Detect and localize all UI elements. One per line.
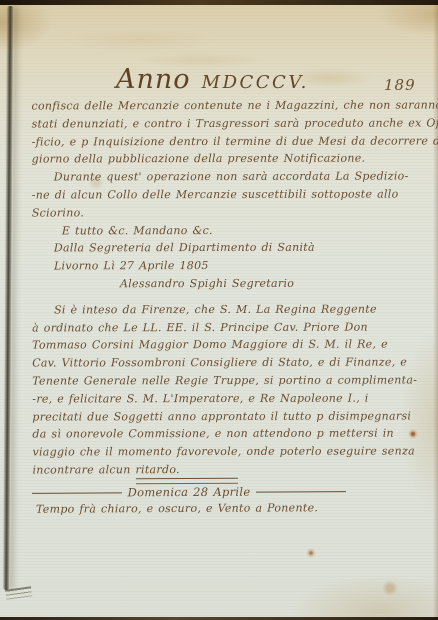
page-stack-edges — [5, 586, 33, 603]
diary-date-row: Domenica 28 Aprile — [32, 483, 346, 501]
manuscript-line: Si è inteso da Firenze, che S. M. La Reg… — [32, 300, 412, 319]
issuing-office-line: Dalla Segreteria del Dipartimento di San… — [32, 239, 412, 258]
page-heading: Anno MDCCCV. — [116, 64, 309, 95]
heading-word-anno: Anno — [116, 64, 191, 95]
manuscript-page-photo: Anno MDCCCV. 189 confisca delle Mercanzi… — [0, 0, 438, 620]
weather-note-line: Tempo frà chiaro, e oscuro, e Vento a Po… — [36, 501, 318, 515]
manuscript-line: da sì onorevole Commissione, e non atten… — [32, 425, 412, 444]
page-right-edge — [433, 5, 438, 617]
manuscript-line: incontrare alcun ritardo. — [32, 460, 412, 479]
secretary-signature: Alessandro Spighi Segretario — [32, 274, 412, 293]
manuscript-line: giorno della pubblicazione della present… — [32, 150, 412, 169]
binding-gutter-shadow — [3, 6, 14, 590]
manuscript-line: precitati due Soggetti anno approntato i… — [32, 407, 412, 426]
manuscript-line: Durante quest' operazione non sarà accor… — [32, 168, 412, 187]
place-date-line: Livorno Lì 27 Aprile 1805 — [32, 257, 412, 276]
manuscript-line: Sciorino. — [32, 203, 412, 222]
book-top-edge — [0, 0, 438, 5]
manuscript-line: confisca delle Mercanzie contenute ne i … — [32, 97, 412, 116]
manuscript-line: Cav. Vittorio Fossombroni Consigliere di… — [32, 354, 412, 373]
manuscript-line: Tenente Generale nelle Regie Truppe, si … — [32, 371, 412, 390]
diary-date-divider: Domenica 28 Aprile — [32, 477, 346, 501]
manuscript-line: -ne di alcun Collo delle Mercanzie susce… — [32, 185, 412, 204]
divider-rule-right — [256, 491, 346, 492]
manuscript-line: viaggio che il momento favorevole, onde … — [32, 443, 412, 462]
heading-year-roman: MDCCCV. — [202, 72, 309, 93]
manuscript-line: stati denunziati, e contro i Trasgressor… — [32, 114, 412, 133]
manuscript-line: Tommaso Corsini Maggior Domo Maggiore di… — [32, 336, 412, 355]
folio-page-number: 189 — [384, 76, 416, 94]
closing-formula-line: E tutto &c. Mandano &c. — [32, 221, 412, 240]
manuscript-line: -ficio, e p Inquisizione dentro il termi… — [32, 132, 412, 151]
diary-date-heading: Domenica 28 Aprile — [122, 485, 257, 500]
manuscript-text-flow: confisca delle Mercanzie contenute ne i … — [32, 97, 413, 480]
manuscript-line: -re, e felicitare S. M. L'Imperatore, e … — [32, 389, 412, 408]
manuscript-line: à ordinato che Le LL. EE. il S. Principe… — [32, 318, 412, 337]
divider-rule-left — [32, 492, 122, 493]
